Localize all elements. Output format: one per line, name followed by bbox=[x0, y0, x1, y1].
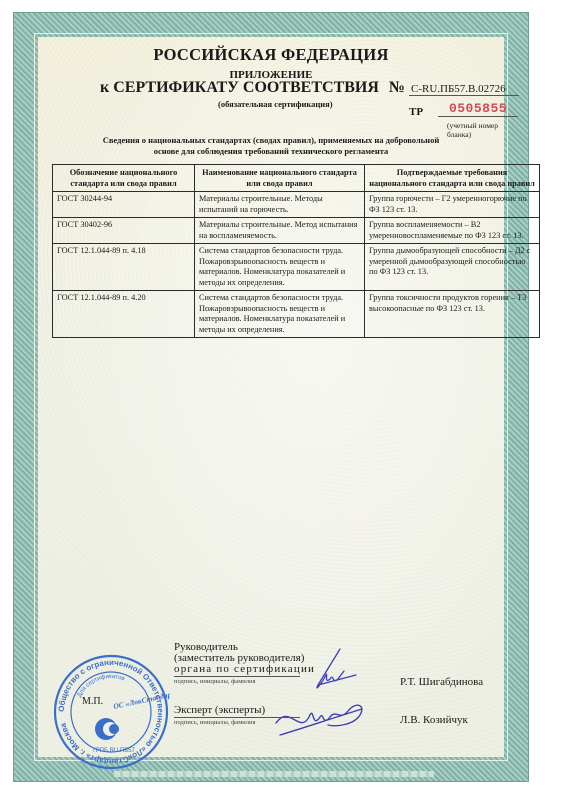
expert-signature-caption: подпись, инициалы, фамилия bbox=[174, 719, 256, 726]
cell-name: Материалы строительные. Метод испытания … bbox=[195, 218, 365, 244]
table-header-row: Обозначение национального стандарта или … bbox=[53, 165, 540, 192]
table-row: ГОСТ 30244-94 Материалы строительные. Ме… bbox=[53, 192, 540, 218]
certificate-title: к СЕРТИФИКАТУ СООТВЕТСТВИЯ № bbox=[100, 79, 405, 97]
cell-name: Материалы строительные. Методы испытаний… bbox=[195, 192, 365, 218]
blank-number: 0505855 bbox=[438, 101, 518, 117]
standards-intro: Сведения о национальных стандартах (свод… bbox=[38, 135, 504, 157]
microtext-strip bbox=[114, 771, 434, 777]
stamp-code: ТРПБ.RU.ПБ57 bbox=[92, 748, 136, 754]
cell-name: Система стандартов безопасности труда. П… bbox=[195, 291, 365, 338]
svg-text:Для сертификатов: Для сертификатов bbox=[77, 674, 126, 698]
cell-requirements: Группа токсичности продуктов горения – Т… bbox=[365, 291, 540, 338]
head-signature-caption: подпись, инициалы, фамилия bbox=[174, 678, 256, 685]
stamp-inner-text: Для сертификатов bbox=[77, 674, 126, 698]
cell-designation: ГОСТ 30402-96 bbox=[53, 218, 195, 244]
certificate-title-text: к СЕРТИФИКАТУ СООТВЕТСТВИЯ bbox=[100, 79, 379, 96]
certification-type-note: (обязательная сертификация) bbox=[218, 99, 333, 109]
cell-designation: ГОСТ 12.1.044-89 п. 4.20 bbox=[53, 291, 195, 338]
column-header-designation: Обозначение национального стандарта или … bbox=[53, 165, 195, 192]
expert-name: Л.В. Козийчук bbox=[400, 714, 468, 726]
cell-requirements: Группа воспламеняемости – В2 умеренновос… bbox=[365, 218, 540, 244]
column-header-name: Наименование национального стандарта или… bbox=[195, 165, 365, 192]
standards-table: Обозначение национального стандарта или … bbox=[52, 164, 540, 338]
table-row: ГОСТ 12.1.044-89 п. 4.20 Система стандар… bbox=[53, 291, 540, 338]
handwritten-signatures bbox=[270, 645, 380, 745]
certificate-border: РОССИЙСКАЯ ФЕДЕРАЦИЯ ПРИЛОЖЕНИЕ к СЕРТИФ… bbox=[13, 12, 529, 782]
cell-requirements: Группа горючести – Г2 умеренногорючие по… bbox=[365, 192, 540, 218]
head-name: Р.Т. Шигабдинова bbox=[400, 676, 483, 688]
tp-label: ТР bbox=[409, 106, 423, 118]
stamp-logo-icon bbox=[95, 718, 119, 740]
cell-designation: ГОСТ 30244-94 bbox=[53, 192, 195, 218]
table-row: ГОСТ 12.1.044-89 п. 4.18 Система стандар… bbox=[53, 244, 540, 291]
number-sign: № bbox=[389, 79, 405, 96]
stamp-mark: М.П. bbox=[82, 696, 103, 707]
table-row: ГОСТ 30402-96 Материалы строительные. Ме… bbox=[53, 218, 540, 244]
cell-requirements: Группа дымообразующей способности – Д2 с… bbox=[365, 244, 540, 291]
certificate-number: С-RU.ПБ57.В.02726 bbox=[409, 83, 519, 96]
intro-line-2: основе для соблюдения требований техниче… bbox=[38, 146, 504, 157]
organization-stamp: Общество с ограниченной Ответственностью… bbox=[52, 653, 170, 771]
intro-line-1: Сведения о национальных стандартах (свод… bbox=[38, 135, 504, 146]
cell-designation: ГОСТ 12.1.044-89 п. 4.18 bbox=[53, 244, 195, 291]
expert-title: Эксперт (эксперты) bbox=[174, 704, 265, 716]
cell-name: Система стандартов безопасности труда. П… bbox=[195, 244, 365, 291]
country-title: РОССИЙСКАЯ ФЕДЕРАЦИЯ bbox=[38, 45, 504, 65]
certificate-paper: РОССИЙСКАЯ ФЕДЕРАЦИЯ ПРИЛОЖЕНИЕ к СЕРТИФ… bbox=[38, 37, 504, 757]
column-header-requirements: Подтверждаемые требования национального … bbox=[365, 165, 540, 192]
